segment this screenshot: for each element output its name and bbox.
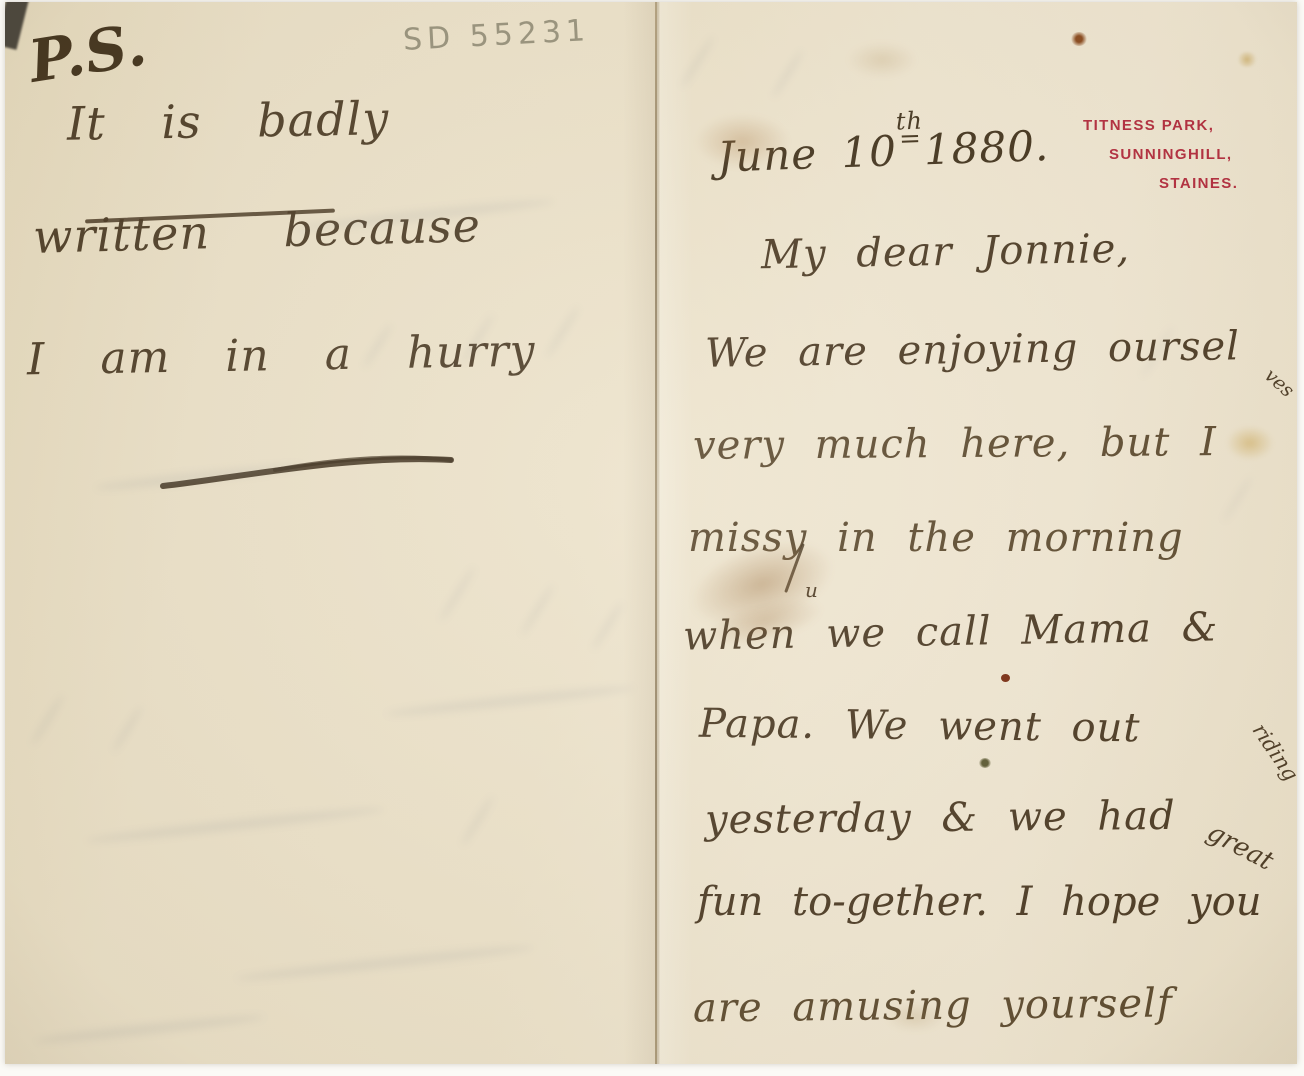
ps-line-1: It is badly: [67, 95, 390, 147]
letterhead-line-2: SUNNINGHILL,: [1083, 147, 1253, 162]
catalog-number: SD 55231: [402, 13, 591, 58]
fold-shadow: [623, 2, 693, 1064]
faint-stain: [847, 42, 917, 78]
ps-line-3: I am in a hurry: [27, 330, 536, 383]
body-line-1-tail: ves: [1261, 366, 1297, 401]
body-line-7: fun to-gether. I hope you: [697, 882, 1261, 922]
bleed-through-mark: [438, 566, 476, 623]
bleed-through-mark: [544, 305, 580, 359]
date-line: June 10th=1880.: [716, 108, 1050, 178]
bleed-through-mark: [35, 1012, 265, 1046]
bleed-through-mark: [85, 804, 384, 845]
olive-speck: [979, 758, 991, 768]
bleed-through-mark: [591, 601, 625, 651]
body-line-5: Papa. We went out: [699, 704, 1141, 749]
bleed-through-mark: [519, 583, 555, 637]
date-prefix: June 10: [717, 126, 898, 181]
body-line-3: missy in the morning: [688, 518, 1184, 558]
date-ordinal: th=: [896, 113, 924, 149]
ink-speck: [1071, 32, 1087, 46]
underline-flourish: [155, 440, 465, 496]
bleed-through-mark: [385, 683, 635, 719]
red-ink-dot: [1001, 674, 1010, 682]
bleed-through-mark: [771, 49, 805, 99]
body-line-2: very much here, but I: [693, 422, 1217, 466]
body-line-5-tail: riding: [1248, 720, 1297, 785]
scanned-letter-page: { "document": { "type": "handwritten let…: [0, 0, 1304, 1076]
date-year: 1880.: [923, 121, 1050, 174]
scan-corner-mark: [5, 2, 29, 50]
inserted-letter: u: [805, 578, 818, 602]
letter-paper: P.S. It is badly written because I am in…: [5, 2, 1297, 1064]
fold-crease: [655, 2, 657, 1064]
salutation: My dear Jonnie,: [761, 229, 1131, 275]
body-line-6-tail: great: [1203, 819, 1277, 875]
yellow-spot: [1237, 52, 1257, 67]
letterhead-line-3: STAINES.: [1083, 176, 1253, 191]
bleed-through-mark: [235, 942, 534, 983]
body-line-6: yesterday & we had: [705, 796, 1176, 840]
ps-initials: P.S.: [25, 15, 151, 91]
body-line-8: are amusing yourself: [693, 983, 1173, 1028]
yellow-stain: [1227, 426, 1273, 460]
bleed-through-mark: [111, 705, 144, 753]
body-line-4: when we call Mama &: [683, 607, 1219, 656]
bleed-through-mark: [460, 795, 495, 847]
bleed-through-mark: [29, 693, 65, 747]
printed-letterhead: TITNESS PARK, SUNNINGHILL, STAINES.: [1083, 118, 1253, 205]
letterhead-line-1: TITNESS PARK,: [1083, 118, 1253, 133]
bleed-through-mark: [1221, 475, 1254, 523]
